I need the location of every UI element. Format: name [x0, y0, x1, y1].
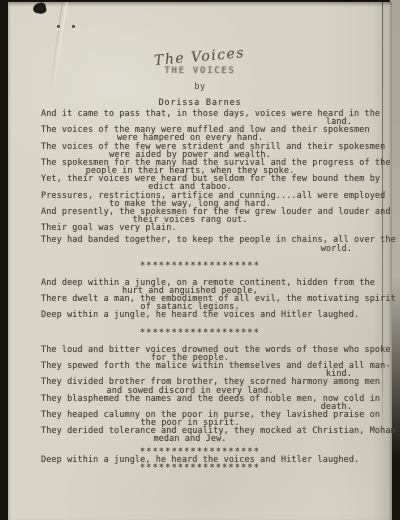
- poem-line: Their goal was very plain.: [8, 224, 392, 232]
- typewritten-page: The Voices THE VOICES by Dorissa Barnes …: [8, 2, 392, 520]
- pinhole: [57, 25, 60, 28]
- poem-line: world.: [8, 245, 392, 253]
- title-block: The Voices THE VOICES by Dorissa Barnes: [8, 46, 392, 108]
- byline: by: [8, 82, 392, 92]
- ink-blot-mark: [32, 2, 47, 14]
- author-name: Dorissa Barnes: [8, 98, 392, 108]
- handwritten-title: The Voices: [8, 46, 392, 65]
- pinhole: [72, 25, 75, 28]
- poem-body: And it came to pass that, in those days,…: [8, 110, 392, 472]
- separator-row: *******************: [8, 464, 392, 472]
- poem-line: Deep within a jungle, he heard the voice…: [8, 311, 392, 319]
- typed-title: THE VOICES: [8, 66, 392, 76]
- separator-row: *******************: [8, 262, 392, 270]
- poem-line: medan and Jew.: [8, 435, 392, 443]
- separator-row: *******************: [8, 329, 392, 337]
